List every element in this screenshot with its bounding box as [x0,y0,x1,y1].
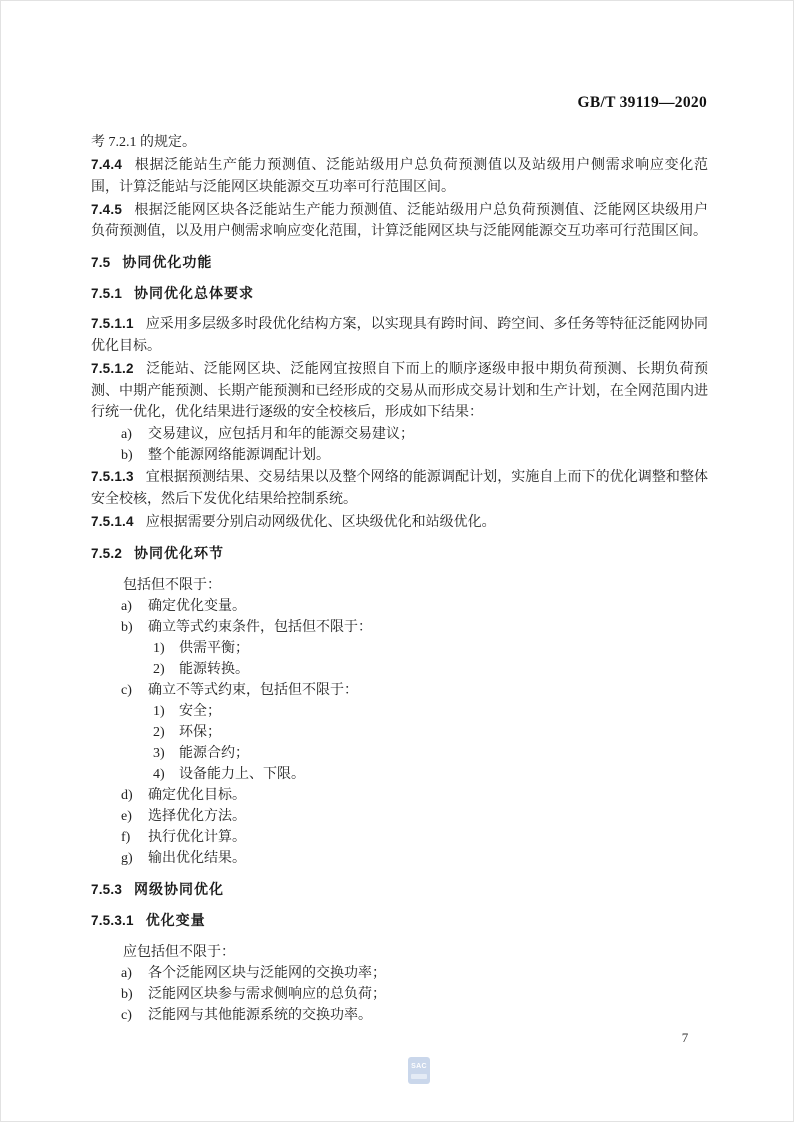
block-text: 各个泛能网区块与泛能网的交换功率； [148,966,386,981]
paragraph-28: 应包括但不限于： [123,942,708,963]
block-7.5.3.1: 7.5.3.1优化变量 [91,909,708,932]
clause-number: 7.5.1.2 [91,361,134,376]
list-label: c) [121,1005,148,1026]
block-text: 优化变量 [146,912,206,928]
block-7.5.1: 7.5.1协同优化总体要求 [91,282,708,305]
list-item-24: f)执行优化计算。 [121,827,708,848]
list-label: a) [121,424,148,445]
block-text: 交易建议，应包括月和年的能源交易建议； [148,427,414,442]
block-text: 应采用多层级多时段优化结构方案，以实现具有跨时间、跨空间、多任务等特征泛能网协同… [91,317,708,354]
list-label: 2) [153,659,179,680]
list-label: f) [121,827,148,848]
list-label: 3) [153,743,179,764]
block-text: 确立等式约束条件，包括但不限于： [148,620,372,635]
list-label: e) [121,806,148,827]
list-label: 4) [153,764,179,785]
block-text: 环保； [179,725,221,740]
list-item-20: 3)能源合约； [153,743,708,764]
standard-document-page: GB/T 39119—2020 考 7.2.1 的规定。7.4.4根据泛能站生产… [0,0,794,1122]
block-text: 泛能网与其他能源系统的交换功率。 [148,1008,372,1023]
clause-number: 7.5.1.1 [91,316,134,331]
block-text: 供需平衡； [179,641,249,656]
list-label: a) [121,596,148,617]
block-7.5.3: 7.5.3网级协同优化 [91,878,708,901]
clause-number: 7.5.3.1 [91,913,134,928]
block-7.5.1.3: 7.5.1.3宜根据预测结果、交易结果以及整个网络的能源调配计划，实施自上而下的… [91,466,708,511]
clause-number: 7.4.5 [91,202,122,217]
block-text: 设备能力上、下限。 [179,767,305,782]
block-7.4.5: 7.4.5根据泛能网区块各泛能站生产能力预测值、泛能站级用户总负荷预测值、泛能网… [91,199,708,244]
list-label: 1) [153,701,179,722]
block-text: 根据泛能网区块各泛能站生产能力预测值、泛能站级用户总负荷预测值、泛能网区块级用户… [91,203,708,240]
list-label: 2) [153,722,179,743]
list-item-7: a)交易建议，应包括月和年的能源交易建议； [121,424,708,445]
block-7.5.1.4: 7.5.1.4应根据需要分别启动网级优化、区块级优化和站级优化。 [91,511,708,534]
block-text: 泛能网区块参与需求侧响应的总负荷； [148,987,386,1002]
list-item-30: b)泛能网区块参与需求侧响应的总负荷； [121,984,708,1005]
list-item-13: a)确定优化变量。 [121,596,708,617]
block-text: 协同优化环节 [134,545,224,561]
block-text: 选择优化方法。 [148,809,246,824]
block-text: 确立不等式约束，包括但不限于： [148,683,358,698]
list-item-21: 4)设备能力上、下限。 [153,764,708,785]
clause-number: 7.5.1 [91,286,122,301]
block-text: 包括但不限于： [123,578,221,593]
clause-number: 7.4.4 [91,157,122,172]
list-item-23: e)选择优化方法。 [121,806,708,827]
block-text: 考 7.2.1 的规定。 [91,135,196,150]
list-label: b) [121,445,148,466]
list-item-17: c)确立不等式约束，包括但不限于： [121,680,708,701]
sac-watermark-text: SAC [411,1061,427,1072]
block-7.4.4: 7.4.4根据泛能站生产能力预测值、泛能站级用户总负荷预测值以及站级用户侧需求响… [91,154,708,199]
sac-watermark-band [411,1074,427,1079]
block-text: 根据泛能站生产能力预测值、泛能站级用户总负荷预测值以及站级用户侧需求响应变化范围… [91,158,708,195]
paragraph-0: 考 7.2.1 的规定。 [91,132,708,154]
list-item-22: d)确定优化目标。 [121,785,708,806]
list-item-29: a)各个泛能网区块与泛能网的交换功率； [121,963,708,984]
list-item-19: 2)环保； [153,722,708,743]
page-number: 7 [673,1030,697,1046]
list-label: c) [121,680,148,701]
block-text: 输出优化结果。 [148,851,246,866]
block-text: 协同优化功能 [122,254,212,270]
block-text: 整个能源网络能源调配计划。 [148,448,330,463]
list-label: 1) [153,638,179,659]
paragraph-12: 包括但不限于： [123,575,708,596]
block-text: 泛能站、泛能网区块、泛能网宜按照自下而上的顺序逐级申报中期负荷预测、长期负荷预测… [91,362,708,421]
block-text: 安全； [179,704,221,719]
block-text: 网级协同优化 [134,881,224,897]
block-7.5.2: 7.5.2协同优化环节 [91,542,708,565]
list-item-25: g)输出优化结果。 [121,848,708,869]
block-7.5.1.2: 7.5.1.2泛能站、泛能网区块、泛能网宜按照自下而上的顺序逐级申报中期负荷预测… [91,358,708,424]
list-label: b) [121,984,148,1005]
block-text: 确定优化变量。 [148,599,246,614]
list-item-18: 1)安全； [153,701,708,722]
block-text: 能源合约； [179,746,249,761]
list-item-16: 2)能源转换。 [153,659,708,680]
clause-number: 7.5.3 [91,882,122,897]
clause-number: 7.5.2 [91,546,122,561]
block-text: 宜根据预测结果、交易结果以及整个网络的能源调配计划，实施自上而下的优化调整和整体… [91,470,708,507]
clause-number: 7.5.1.3 [91,469,134,484]
block-text: 应包括但不限于： [123,945,235,960]
sac-watermark-logo: SAC [408,1057,430,1084]
list-item-31: c)泛能网与其他能源系统的交换功率。 [121,1005,708,1026]
list-item-14: b)确立等式约束条件，包括但不限于： [121,617,708,638]
block-7.5: 7.5协同优化功能 [91,251,708,274]
block-text: 执行优化计算。 [148,830,246,845]
block-text: 协同优化总体要求 [134,285,254,301]
list-label: b) [121,617,148,638]
block-7.5.1.1: 7.5.1.1应采用多层级多时段优化结构方案，以实现具有跨时间、跨空间、多任务等… [91,313,708,358]
list-label: a) [121,963,148,984]
block-text: 确定优化目标。 [148,788,246,803]
list-item-15: 1)供需平衡； [153,638,708,659]
list-item-8: b)整个能源网络能源调配计划。 [121,445,708,466]
list-label: d) [121,785,148,806]
standard-code-header: GB/T 39119—2020 [577,94,707,112]
clause-number: 7.5 [91,255,110,270]
list-label: g) [121,848,148,869]
document-body: 考 7.2.1 的规定。7.4.4根据泛能站生产能力预测值、泛能站级用户总负荷预… [91,121,708,1026]
block-text: 能源转换。 [179,662,249,677]
clause-number: 7.5.1.4 [91,514,134,529]
block-text: 应根据需要分别启动网级优化、区块级优化和站级优化。 [146,515,496,530]
